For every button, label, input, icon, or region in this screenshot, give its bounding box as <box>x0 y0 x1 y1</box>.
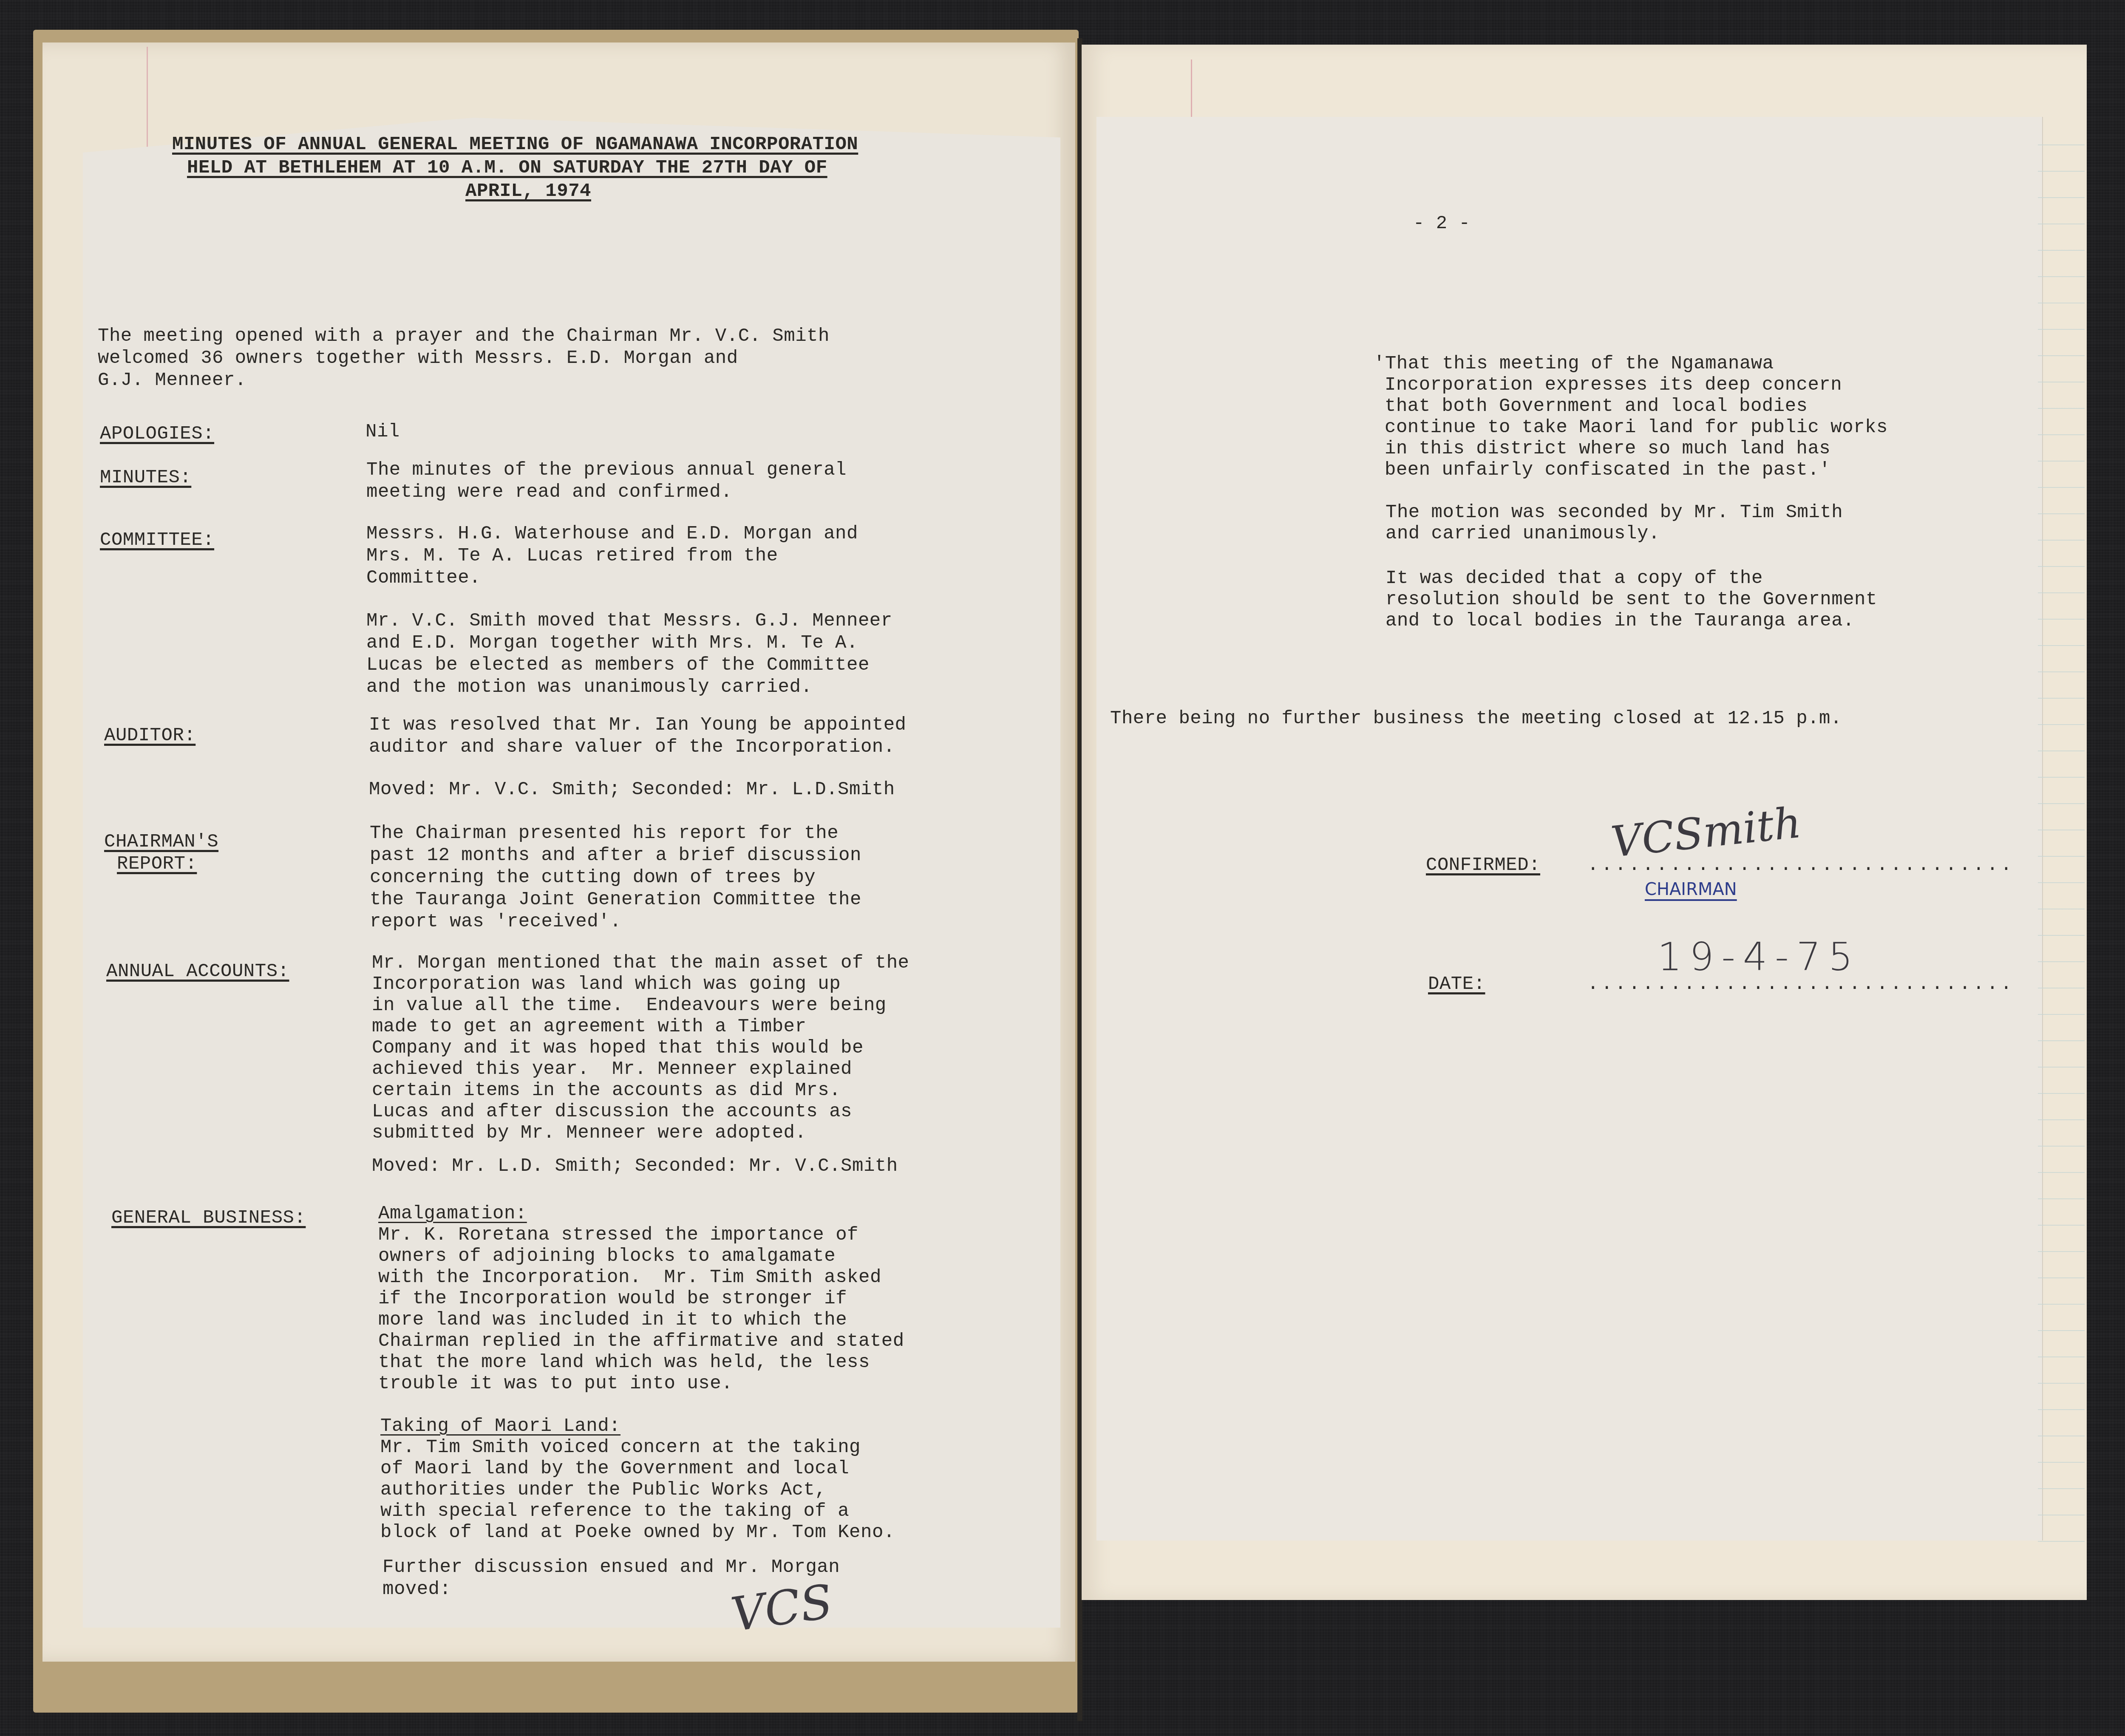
committee-motion: and the motion was unanimously carried. <box>366 676 812 698</box>
resolution-line: in this district where so much land has <box>1385 438 1830 460</box>
annual-accounts-text: Incorporation was land which was going u… <box>372 973 841 995</box>
minutes-text: The minutes of the previous annual gener… <box>366 459 847 481</box>
right-margin-rule <box>1191 59 1192 119</box>
committee-motion: Mr. V.C. Smith moved that Messrs. G.J. M… <box>366 610 892 632</box>
auditor-text: auditor and share valuer of the Incorpor… <box>369 736 895 758</box>
further-discussion-text: Further discussion ensued and Mr. Morgan <box>382 1556 840 1578</box>
annual-accounts-label: ANNUAL ACCOUNTS: <box>106 960 289 983</box>
amalgamation-text: trouble it was to put into use. <box>378 1373 733 1395</box>
title-line-3: APRIL, 1974 <box>465 178 591 204</box>
taking-maori-land-heading: Taking of Maori Land: <box>380 1415 620 1437</box>
amalgamation-text: if the Incorporation would be stronger i… <box>378 1288 847 1310</box>
taking-maori-land-text: authorities under the Public Works Act, <box>380 1479 826 1501</box>
annual-accounts-text: made to get an agreement with a Timber <box>372 1016 806 1038</box>
auditor-label: AUDITOR: <box>104 725 195 747</box>
amalgamation-text: Chairman replied in the affirmative and … <box>378 1330 904 1352</box>
right-pasted-sheet <box>1096 117 2043 1541</box>
annual-accounts-text: submitted by Mr. Menneer were adopted. <box>372 1122 806 1144</box>
handwritten-date: 19-4-75 <box>1657 935 1860 980</box>
chairmans-report-text: the Tauranga Joint Generation Committee … <box>370 889 861 911</box>
date-label: DATE: <box>1428 973 1485 995</box>
annual-accounts-text: in value all the time. Endeavours were b… <box>372 994 887 1017</box>
resolution-line: Incorporation expresses its deep concern <box>1385 374 1842 396</box>
copy-decision-text: It was decided that a copy of the <box>1385 567 1763 589</box>
annual-accounts-text: Company and it was hoped that this would… <box>372 1037 864 1059</box>
title-line-2: HELD AT BETHLEHEM AT 10 A.M. ON SATURDAY… <box>187 155 827 181</box>
chairmans-report-label: CHAIRMAN'S <box>104 831 218 853</box>
resolution-line: been unfairly confiscated in the past.' <box>1385 459 1830 481</box>
amalgamation-text: with the Incorporation. Mr. Tim Smith as… <box>378 1266 881 1289</box>
minutes-label: MINUTES: <box>100 467 191 489</box>
chairman-role-annotation: CHAIRMAN <box>1645 880 1737 899</box>
resolution-line: continue to take Maori land for public w… <box>1385 416 1888 439</box>
intro-line: The meeting opened with a prayer and the… <box>98 325 830 347</box>
amalgamation-text: that the more land which was held, the l… <box>378 1351 870 1374</box>
committee-motion: Lucas be elected as members of the Commi… <box>366 654 870 676</box>
chairmans-report-label: REPORT: <box>117 853 197 875</box>
amalgamation-text: more land was included in it to which th… <box>378 1309 847 1331</box>
resolution-line: that both Government and local bodies <box>1385 395 1808 417</box>
auditor-text: It was resolved that Mr. Ian Young be ap… <box>369 714 907 736</box>
committee-text: Mrs. M. Te A. Lucas retired from the <box>366 545 778 567</box>
taking-maori-land-text: with special reference to the taking of … <box>380 1500 849 1522</box>
apologies-text: Nil <box>365 421 400 443</box>
committee-text: Messrs. H.G. Waterhouse and E.D. Morgan … <box>366 523 858 545</box>
title-line-1: MINUTES OF ANNUAL GENERAL MEETING OF NGA… <box>172 132 858 157</box>
committee-motion: and E.D. Morgan together with Mrs. M. Te… <box>366 632 858 654</box>
chairmans-report-text: concerning the cutting down of trees by <box>370 867 816 889</box>
taking-maori-land-text: of Maori land by the Government and loca… <box>380 1458 849 1480</box>
resolution-line: 'That this meeting of the Ngamanawa <box>1374 353 1774 375</box>
seconded-text: and carried unanimously. <box>1385 523 1660 545</box>
amalgamation-text: Mr. K. Roretana stressed the importance … <box>378 1224 858 1246</box>
page-number: - 2 - <box>1413 212 1470 235</box>
annual-accounts-text: achieved this year. Mr. Menneer explaine… <box>372 1058 852 1080</box>
confirmed-label: CONFIRMED: <box>1426 854 1540 876</box>
annual-accounts-text: certain items in the accounts as did Mrs… <box>372 1079 841 1102</box>
taking-maori-land-text: Mr. Tim Smith voiced concern at the taki… <box>380 1436 861 1458</box>
annual-accounts-moved: Moved: Mr. L.D. Smith; Seconded: Mr. V.C… <box>372 1155 898 1177</box>
minutes-text: meeting were read and confirmed. <box>366 481 732 503</box>
seconded-text: The motion was seconded by Mr. Tim Smith <box>1385 501 1843 524</box>
closing-statement: There being no further business the meet… <box>1110 708 1842 730</box>
chairmans-report-text: report was 'received'. <box>370 911 621 933</box>
committee-text: Committee. <box>366 567 481 589</box>
chairmans-report-text: past 12 months and after a brief discuss… <box>370 844 861 867</box>
auditor-moved: Moved: Mr. V.C. Smith; Seconded: Mr. L.D… <box>369 779 895 801</box>
committee-label: COMMITTEE: <box>100 529 214 551</box>
apologies-label: APOLOGIES: <box>100 423 214 445</box>
further-discussion-text: moved: <box>382 1578 451 1600</box>
intro-line: G.J. Menneer. <box>98 369 246 391</box>
intro-line: welcomed 36 owners together with Messrs.… <box>98 347 738 369</box>
taking-maori-land-text: block of land at Poeke owned by Mr. Tom … <box>380 1521 895 1543</box>
amalgamation-heading: Amalgamation: <box>378 1203 527 1225</box>
ruled-lines <box>2038 119 2085 1564</box>
general-business-label: GENERAL BUSINESS: <box>111 1207 306 1229</box>
amalgamation-text: owners of adjoining blocks to amalgamate <box>378 1245 836 1267</box>
annual-accounts-text: Mr. Morgan mentioned that the main asset… <box>372 952 909 974</box>
copy-decision-text: and to local bodies in the Tauranga area… <box>1385 610 1854 632</box>
chairmans-report-text: The Chairman presented his report for th… <box>370 822 839 844</box>
annual-accounts-text: Lucas and after discussion the accounts … <box>372 1101 852 1123</box>
copy-decision-text: resolution should be sent to the Governm… <box>1385 589 1877 611</box>
